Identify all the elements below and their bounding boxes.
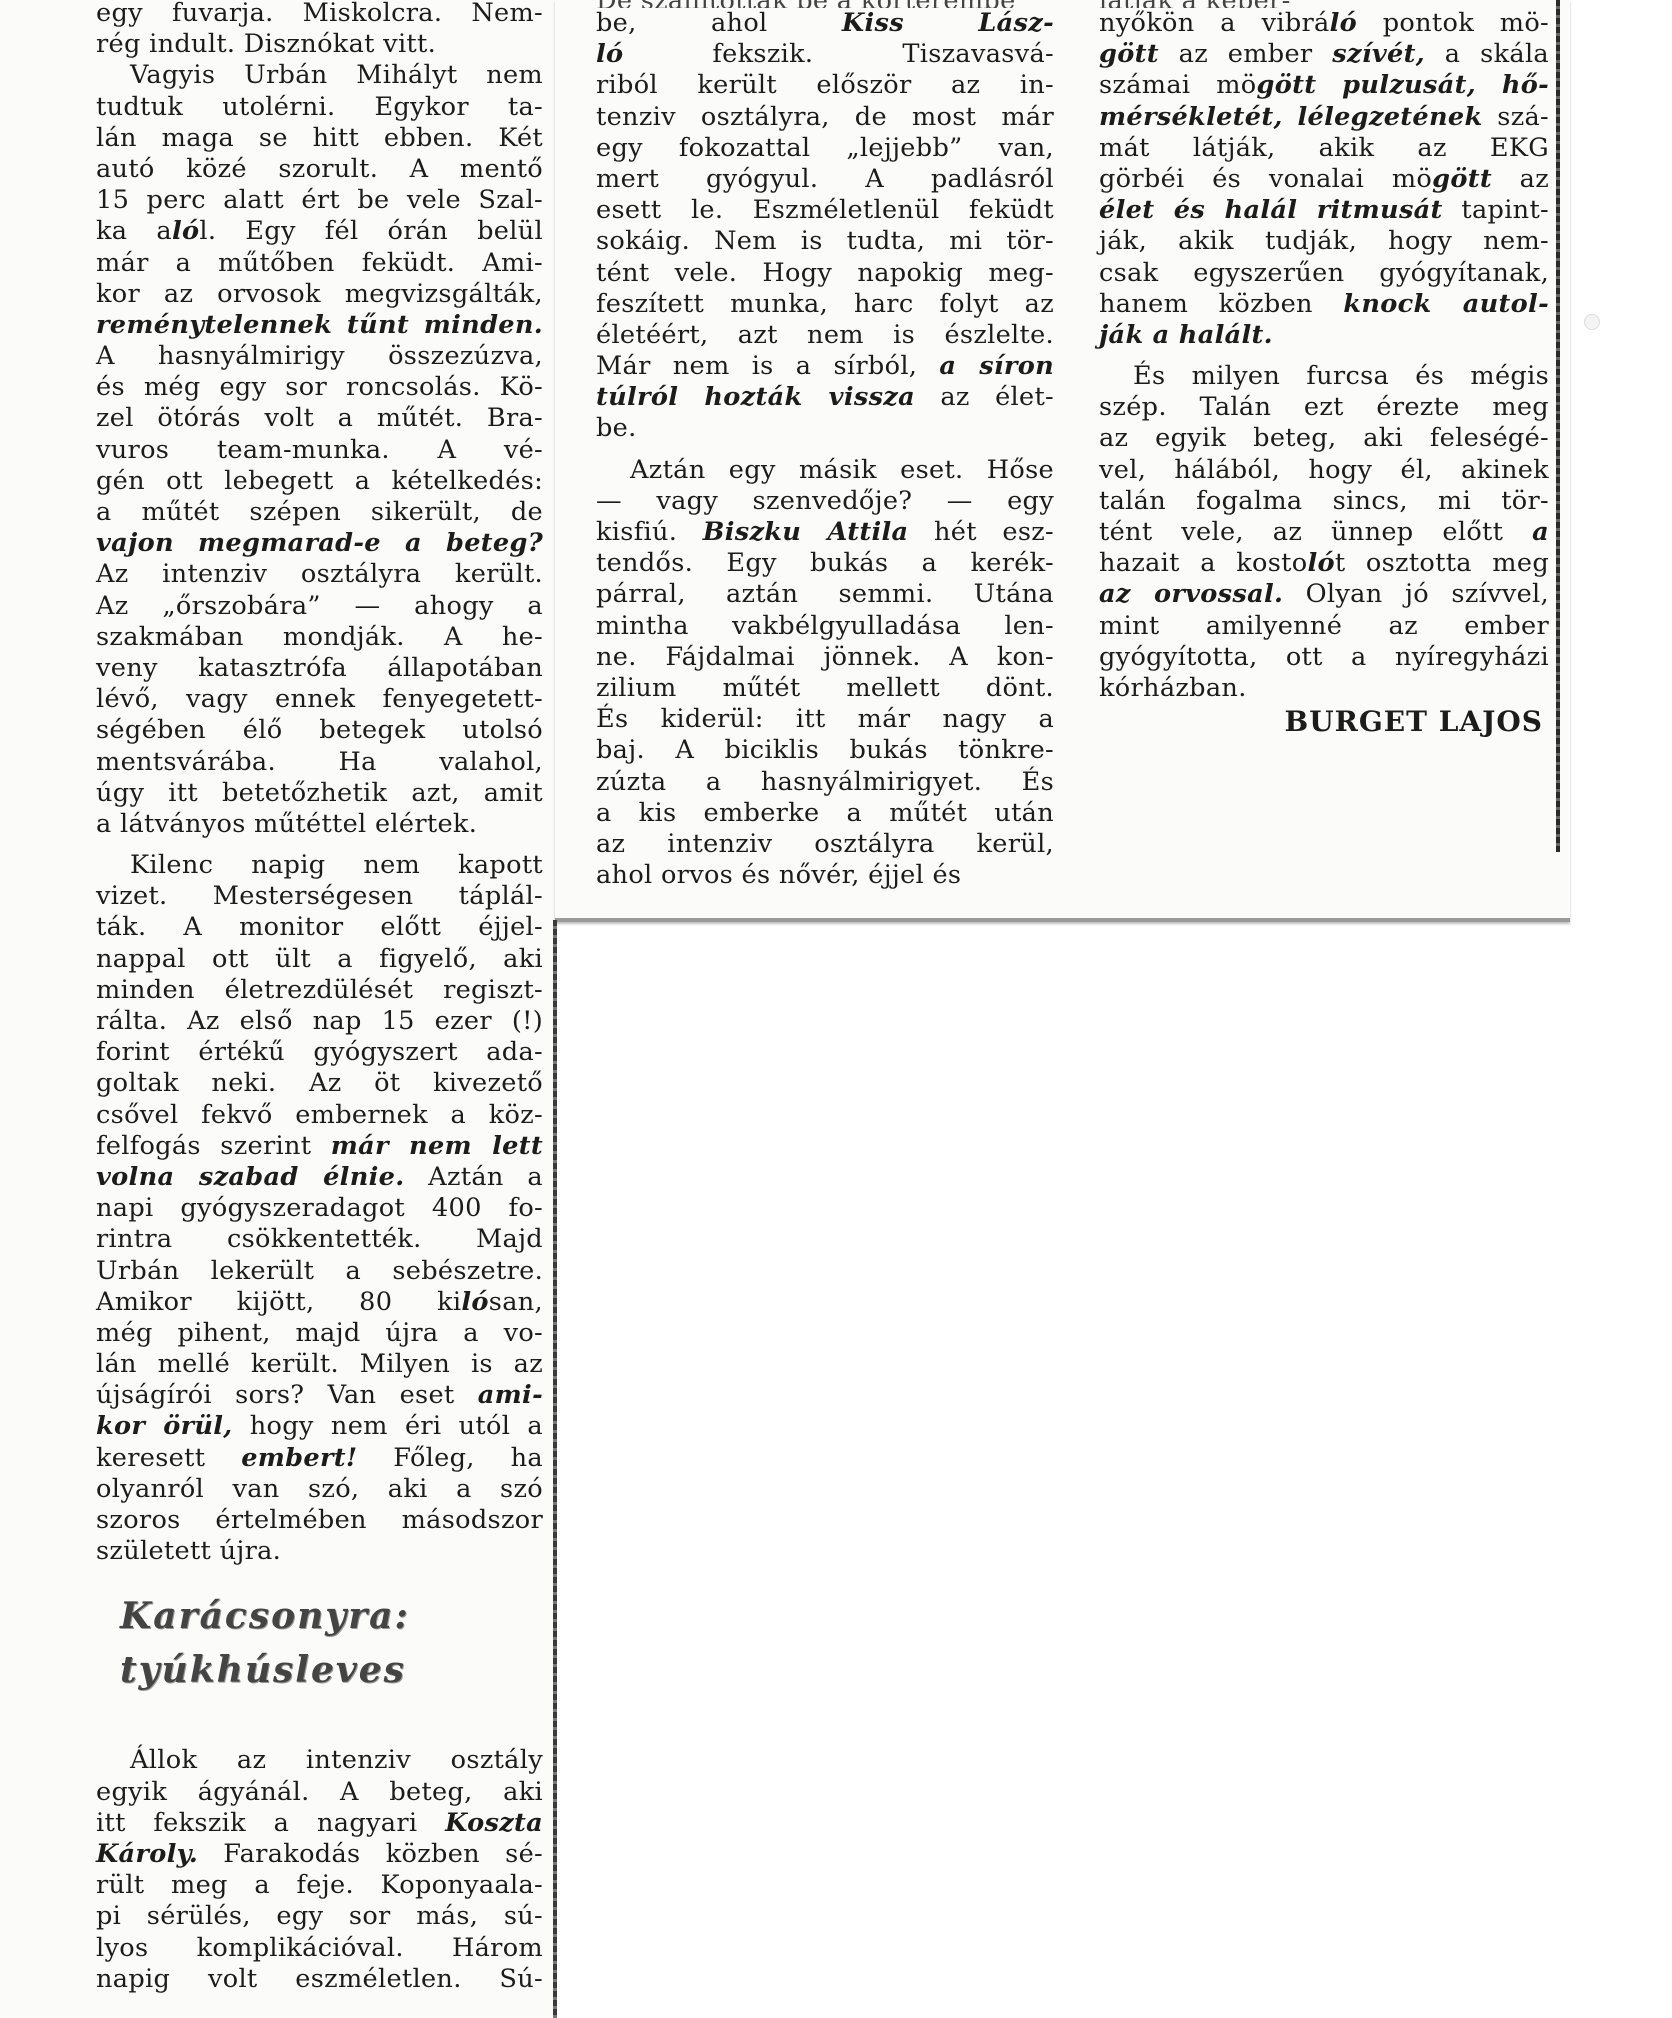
article-column-1: egy fuvarja. Miskolcra. Nem-rég indult. …	[96, 0, 543, 1995]
text-line: felfogás szerint már nem lett	[96, 1131, 543, 1162]
text-line: Az intenziv osztályra került.	[96, 559, 543, 590]
text-line: feszített munka, harc folyt az	[596, 289, 1054, 320]
text-line: ták. A monitor előtt éjjel-	[96, 912, 543, 943]
text-line: ka alól. Egy fél órán belül	[96, 216, 543, 247]
text-line: számai mögött pulzusát, hő-	[1099, 70, 1549, 101]
text-line: volna szabad élnie. Aztán a	[96, 1162, 543, 1193]
text-line: kor az orvosok megvizsgálták,	[96, 279, 543, 310]
text-line: forint értékű gyógyszert ada-	[96, 1037, 543, 1068]
text-line: Károly. Farakodás közben sé-	[96, 1839, 543, 1870]
text-line: Amikor kijött, 80 kilósan,	[96, 1287, 543, 1318]
text-line: keresett embert! Főleg, ha	[96, 1443, 543, 1474]
text-line: rálta. Az első nap 15 ezer (!)	[96, 1006, 543, 1037]
text-line: — vagy szenvedője? — egy	[596, 486, 1054, 517]
text-line: ahol orvos és nővér, éjjel és	[596, 860, 1054, 891]
text-line: az egyik beteg, aki feleségé-	[1099, 423, 1549, 454]
article-column-3: látják a képer- nyőkön a vibráló pontok …	[1099, 4, 1549, 737]
text-line: Az „őrszobára” — ahogy a	[96, 591, 543, 622]
text-line: egyik ágyánál. A beteg, aki	[96, 1777, 543, 1808]
paragraph-gap	[596, 445, 1054, 455]
text-line: napi gyógyszeradagot 400 fo-	[96, 1193, 543, 1224]
text-line: tenziv osztályra, de most már	[596, 102, 1054, 133]
text-line: esett le. Eszméletlenül feküdt	[596, 195, 1054, 226]
text-line: tendős. Egy bukás a kerék-	[596, 548, 1054, 579]
text-line: a látványos műtéttel elértek.	[96, 809, 543, 840]
text-line: görbéi és vonalai mögött az	[1099, 164, 1549, 195]
text-line: reménytelennek tűnt minden.	[96, 310, 543, 341]
paragraph-gap	[96, 840, 543, 850]
text-line: kórházban.	[1099, 673, 1549, 704]
text-line: olyanról van szó, aki a szó	[96, 1474, 543, 1505]
text-line: Állok az intenziv osztály	[96, 1745, 543, 1776]
text-line: kisfiú. Biszku Attila hét esz-	[596, 517, 1054, 548]
text-line: És kiderül: itt már nagy a	[596, 704, 1054, 735]
text-line: sokáig. Nem is tudta, mi tör-	[596, 226, 1054, 257]
text-line: gött az ember szívét, a skála	[1099, 39, 1549, 70]
text-line: tént vele. Hogy napokig meg-	[596, 258, 1054, 289]
text-line: egy fuvarja. Miskolcra. Nem-	[96, 0, 543, 29]
text-line: a műtét szépen sikerült, de	[96, 497, 543, 528]
text-line: vizet. Mesterségesen táplál-	[96, 881, 543, 912]
text-line: Vagyis Urbán Mihályt nem	[96, 60, 543, 91]
text-line: vuros team-munka. A vé-	[96, 435, 543, 466]
text-line: goltak neki. Az öt kivezető	[96, 1068, 543, 1099]
text-line: csak egyszerűen gyógyítanak,	[1099, 258, 1549, 289]
text-line: Kilenc napig nem kapott	[96, 850, 543, 881]
text-line: Már nem is a sírból, a síron	[596, 351, 1054, 382]
paragraph-gap	[1099, 351, 1549, 361]
text-line: gén ott lebegett a kételkedés:	[96, 466, 543, 497]
text-line: zel ötórás volt a műtét. Bra-	[96, 403, 543, 434]
text-line: a kis emberke a műtét után	[596, 798, 1054, 829]
text-line: már a műtőben feküdt. Ami-	[96, 248, 543, 279]
subheading-line-1: Karácsonyra:	[96, 1589, 543, 1643]
column-2-body: be, ahol Kiss Lász-ló fekszik. Tiszavasv…	[596, 8, 1054, 891]
text-line: autó közé szorult. A mentő	[96, 154, 543, 185]
text-line: és még egy sor roncsolás. Kö-	[96, 372, 543, 403]
column-1-section-2: Állok az intenziv osztályegyik ágyánál. …	[96, 1745, 543, 1995]
column-3-body: nyőkön a vibráló pontok mö-gött az ember…	[1099, 8, 1549, 704]
text-line: csővel fekvő embernek a köz-	[96, 1100, 543, 1131]
text-line: napig volt eszméletlen. Sú-	[96, 1964, 543, 1995]
text-line: élet és halál ritmusát tapint-	[1099, 195, 1549, 226]
text-line: baj. A biciklis bukás tönkre-	[596, 735, 1054, 766]
text-line: tént vele, az ünnep előtt a	[1099, 517, 1549, 548]
text-line: itt fekszik a nagyari Koszta	[96, 1808, 543, 1839]
text-line: ják, akik tudják, hogy nem-	[1099, 226, 1549, 257]
column-rule-left	[553, 920, 557, 2018]
text-line: rült meg a feje. Koponyaala-	[96, 1870, 543, 1901]
text-line: rég indult. Disznókat vitt.	[96, 29, 543, 60]
subheading-line-2: tyúkhúsleves	[96, 1643, 543, 1697]
text-line: gyógyította, ott a nyíregyházi	[1099, 642, 1549, 673]
text-line: lán maga se hitt ebben. Két	[96, 123, 543, 154]
text-line: párral, aztán semmi. Utána	[596, 579, 1054, 610]
text-line: mint amilyenné az ember	[1099, 611, 1549, 642]
cutoff-line: De szállítottak be a kórterembe	[596, 0, 1054, 8]
text-line: talán fogalma sincs, mi tör-	[1099, 486, 1549, 517]
text-line: szoros értelmében másodszor	[96, 1505, 543, 1536]
text-line: az orvossal. Olyan jó szívvel,	[1099, 579, 1549, 610]
text-line: És milyen furcsa és mégis	[1099, 361, 1549, 392]
text-line: vel, hálából, hogy él, akinek	[1099, 455, 1549, 486]
text-line: született újra.	[96, 1536, 543, 1567]
text-line: A hasnyálmirigy összezúzva,	[96, 341, 543, 372]
scan-artifact	[1584, 314, 1600, 330]
text-line: ne. Fájdalmai jönnek. A kon-	[596, 642, 1054, 673]
text-line: lyos komplikációval. Három	[96, 1933, 543, 1964]
article-column-2: De szállítottak be a kórterembe be, ahol…	[596, 4, 1054, 891]
text-line: ló fekszik. Tiszavasvá-	[596, 39, 1054, 70]
text-line: riból került először az in-	[596, 70, 1054, 101]
text-line: mérsékletét, lélegzetének szá-	[1099, 102, 1549, 133]
text-line: nyőkön a vibráló pontok mö-	[1099, 8, 1549, 39]
text-line: újságírói sors? Van eset ami-	[96, 1380, 543, 1411]
text-line: be, ahol Kiss Lász-	[596, 8, 1054, 39]
text-line: hazait a kostolót osztotta meg	[1099, 548, 1549, 579]
text-line: ják a halált.	[1099, 320, 1549, 351]
text-line: nappal ott ült a figyelő, aki	[96, 944, 543, 975]
text-line: hanem közben knock autol-	[1099, 289, 1549, 320]
column-rule-right	[1556, 0, 1560, 852]
text-line: vajon megmarad-e a beteg?	[96, 528, 543, 559]
text-line: mert gyógyul. A padlásról	[596, 164, 1054, 195]
text-line: ségében élő betegek utolsó	[96, 715, 543, 746]
text-line: zilium műtét mellett dönt.	[596, 673, 1054, 704]
text-line: zúzta a hasnyálmirigyet. És	[596, 767, 1054, 798]
text-line: az intenziv osztályra kerül,	[596, 829, 1054, 860]
text-line: mintha vakbélgyulladása len-	[596, 611, 1054, 642]
text-line: minden életrezdülését regiszt-	[96, 975, 543, 1006]
text-line: életéért, azt nem is észlelte.	[596, 320, 1054, 351]
text-line: 15 perc alatt ért be vele Szal-	[96, 185, 543, 216]
cutoff-line: látják a képer-	[1099, 0, 1549, 8]
text-line: pi sérülés, egy sor más, sú-	[96, 1901, 543, 1932]
text-line: mát látják, akik az EKG	[1099, 133, 1549, 164]
text-line: Aztán egy másik eset. Hőse	[596, 455, 1054, 486]
text-line: úgy itt betetőzhetik azt, amit	[96, 778, 543, 809]
text-line: rintra csökkentették. Majd	[96, 1224, 543, 1255]
text-line: még pihent, majd újra a vo-	[96, 1318, 543, 1349]
text-line: mentsvárába. Ha valahol,	[96, 747, 543, 778]
text-line: Urbán lekerült a sebészetre.	[96, 1256, 543, 1287]
text-line: egy fokozattal „lejjebb” van,	[596, 133, 1054, 164]
text-line: tudtuk utolérni. Egykor ta-	[96, 92, 543, 123]
text-line: szakmában mondják. A he-	[96, 622, 543, 653]
text-line: lévő, vagy ennek fenyegetett-	[96, 684, 543, 715]
column-1-body: egy fuvarja. Miskolcra. Nem-rég indult. …	[96, 0, 543, 1567]
text-line: szép. Talán ezt érezte meg	[1099, 392, 1549, 423]
text-line: túlról hozták vissza az élet-	[596, 382, 1054, 413]
text-line: kor örül, hogy nem éri utól a	[96, 1411, 543, 1442]
text-line: lán mellé került. Milyen is az	[96, 1349, 543, 1380]
text-line: veny katasztrófa állapotában	[96, 653, 543, 684]
text-line: be.	[596, 413, 1054, 444]
author-byline: BURGET LAJOS	[1099, 706, 1549, 737]
